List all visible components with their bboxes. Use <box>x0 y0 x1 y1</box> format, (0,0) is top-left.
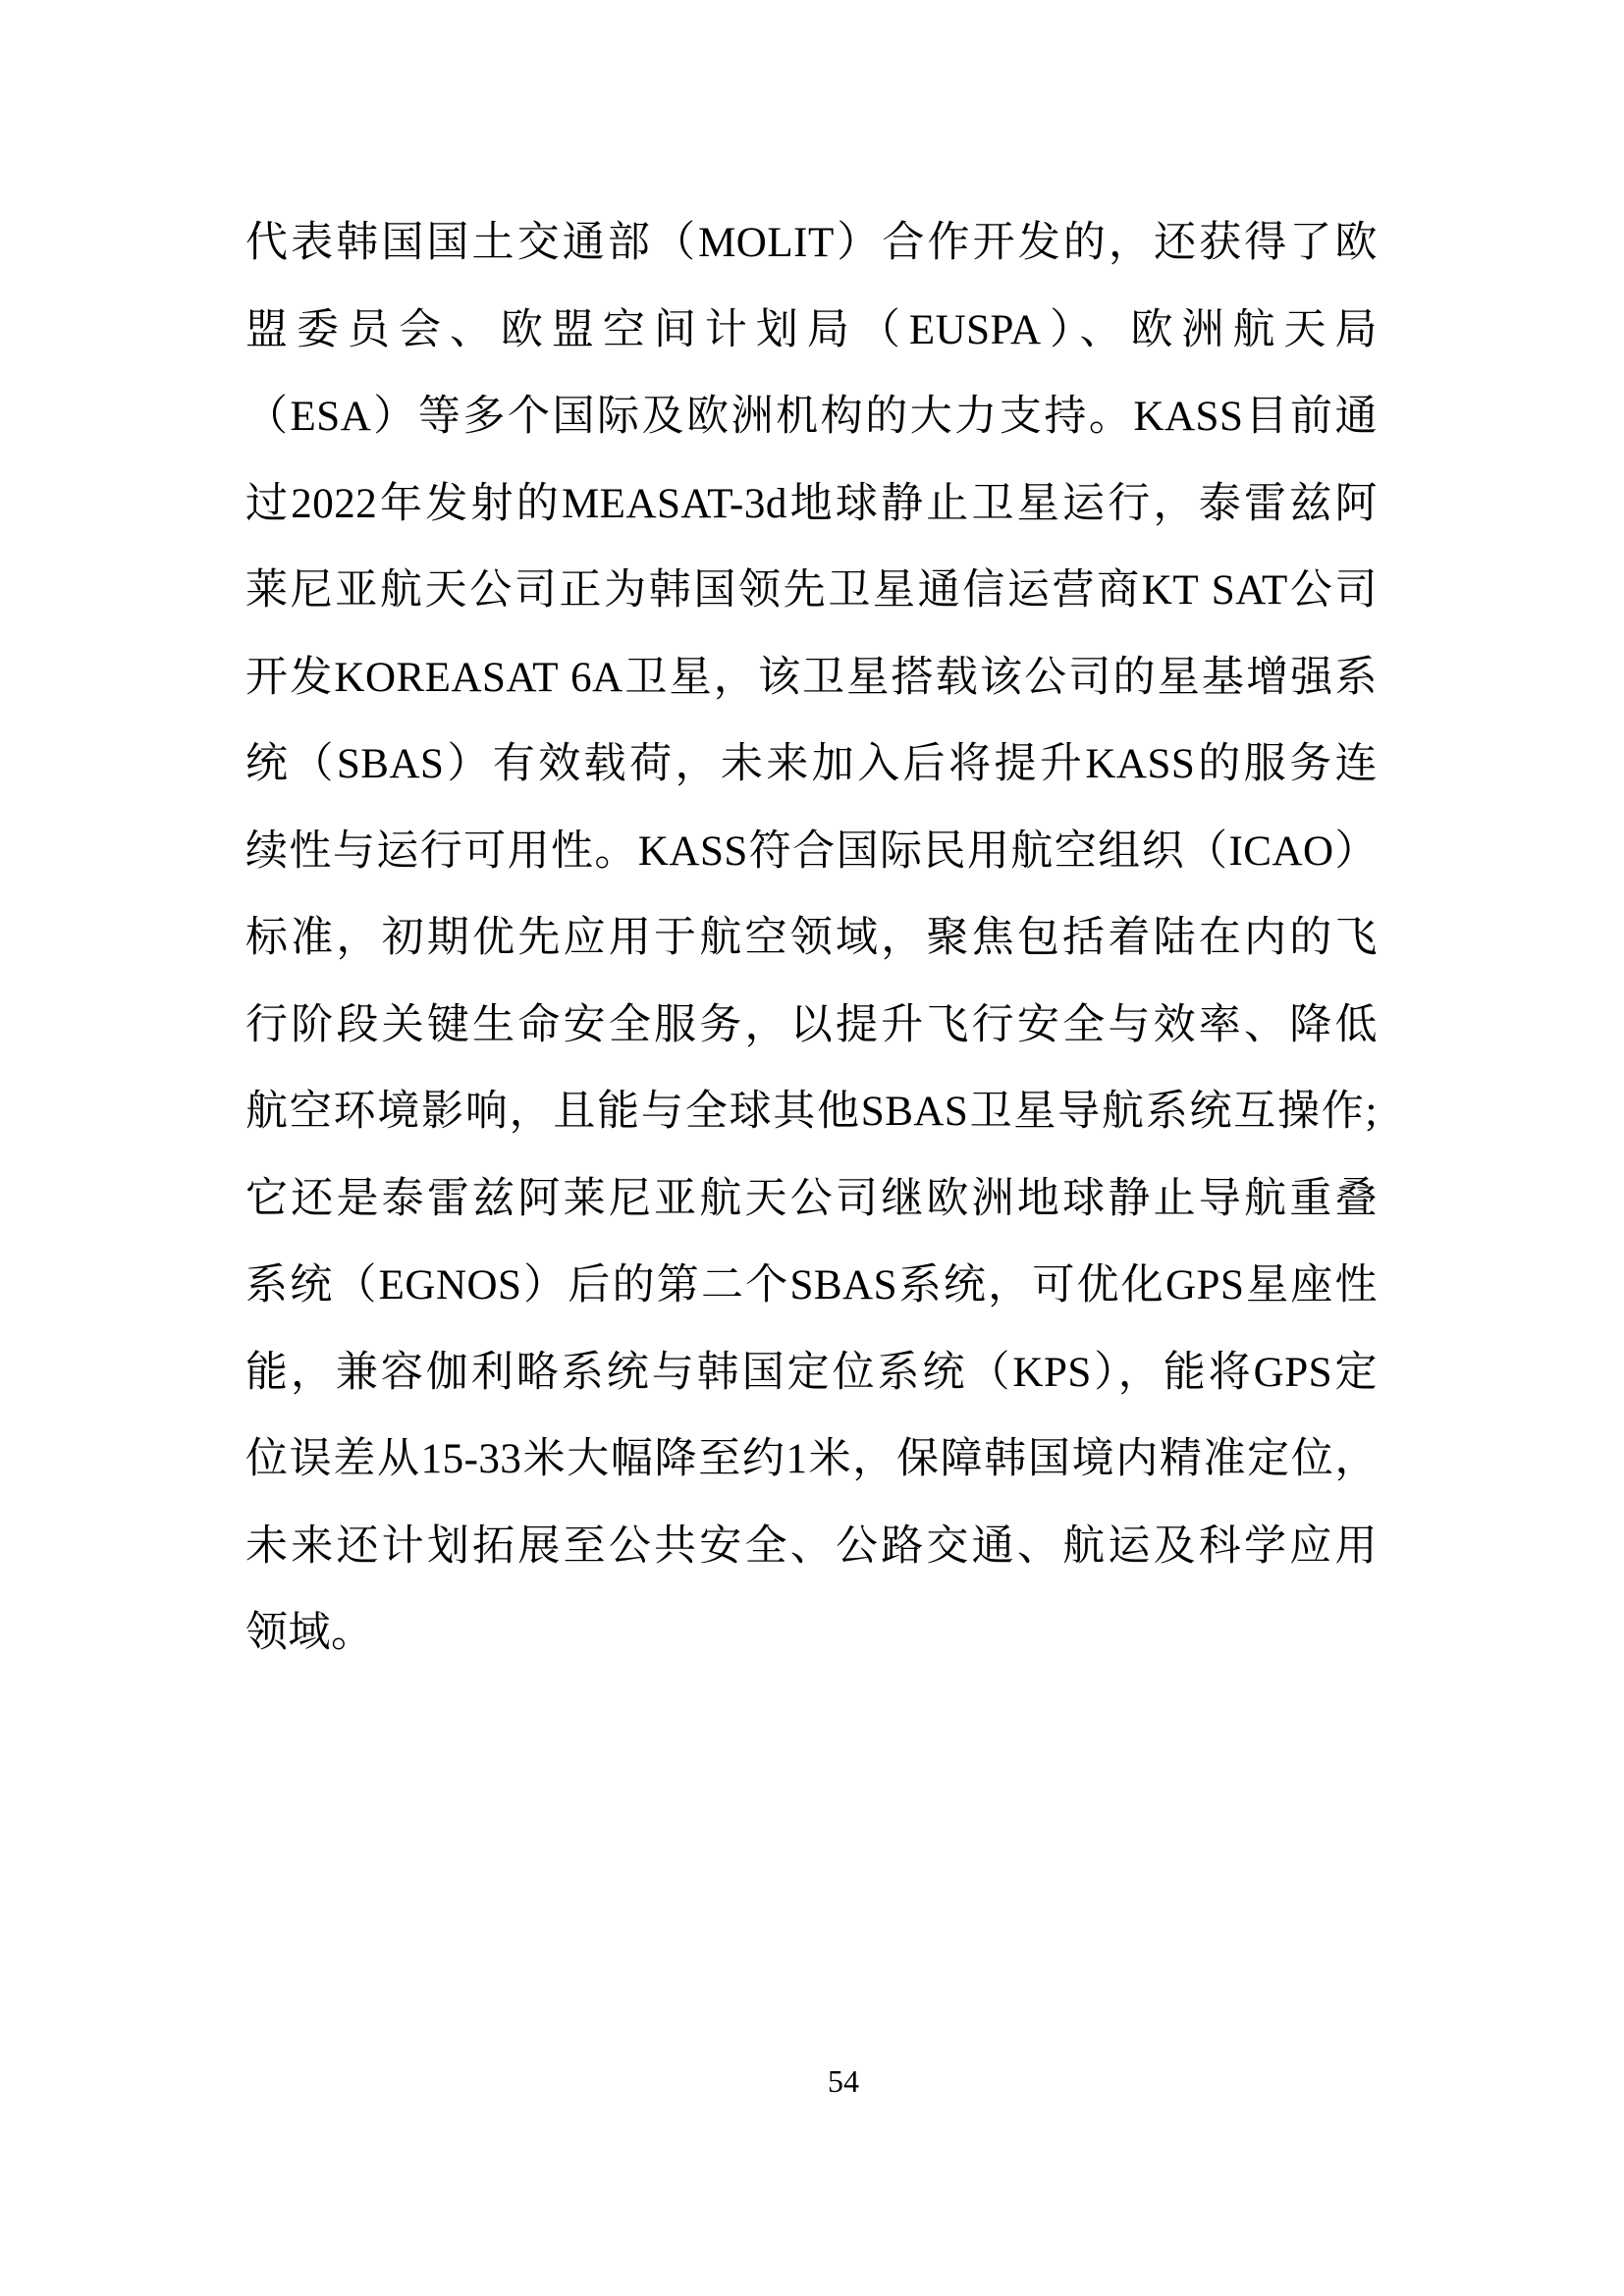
text-paragraph: 代表韩国国土交通部（MOLIT）合作开发的，还获得了欧 盟委员会、欧盟空间计划局… <box>245 200 1378 1678</box>
text-line-1: 代表韩国国土交通部（MOLIT）合作开发的，还获得了欧 <box>245 200 1378 288</box>
text-line-8: 续性与运行可用性。KASS符合国际民用航空组织（ICAO） <box>245 809 1378 896</box>
text-line-12: 它还是泰雷兹阿莱尼亚航天公司继欧洲地球静止导航重叠 <box>245 1156 1378 1244</box>
text-line-4: 过2022年发射的MEASAT-3d地球静止卫星运行，泰雷兹阿 <box>245 461 1378 549</box>
text-line-9: 标准，初期优先应用于航空领域，聚焦包括着陆在内的飞 <box>245 895 1378 983</box>
text-line-6: 开发KOREASAT 6A卫星，该卫星搭载该公司的星基增强系 <box>245 635 1378 722</box>
text-line-14: 能，兼容伽利略系统与韩国定位系统（KPS），能将GPS定 <box>245 1330 1378 1417</box>
text-line-3: （ESA）等多个国际及欧洲机构的大力支持。KASS目前通 <box>245 374 1378 461</box>
page-number-footer: 54 <box>828 2061 859 2101</box>
document-page: 代表韩国国土交通部（MOLIT）合作开发的，还获得了欧 盟委员会、欧盟空间计划局… <box>0 0 1624 2296</box>
text-line-16: 未来还计划拓展至公共安全、公路交通、航运及科学应用 <box>245 1504 1378 1591</box>
text-line-11: 航空环境影响，且能与全球其他SBAS卫星导航系统互操作; <box>245 1069 1378 1156</box>
text-line-13: 系统（EGNOS）后的第二个SBAS系统，可优化GPS星座性 <box>245 1243 1378 1330</box>
text-line-2: 盟委员会、欧盟空间计划局（EUSPA）、欧洲航天局 <box>245 288 1378 375</box>
text-line-7: 统（SBAS）有效载荷，未来加入后将提升KASS的服务连 <box>245 721 1378 809</box>
text-line-10: 行阶段关键生命安全服务，以提升飞行安全与效率、降低 <box>245 983 1378 1070</box>
text-line-5: 莱尼亚航天公司正为韩国领先卫星通信运营商KT SAT公司 <box>245 548 1378 635</box>
text-line-17: 领域。 <box>245 1590 1378 1678</box>
text-line-15: 位误差从15-33米大幅降至约1米，保障韩国境内精准定位， <box>245 1416 1378 1504</box>
